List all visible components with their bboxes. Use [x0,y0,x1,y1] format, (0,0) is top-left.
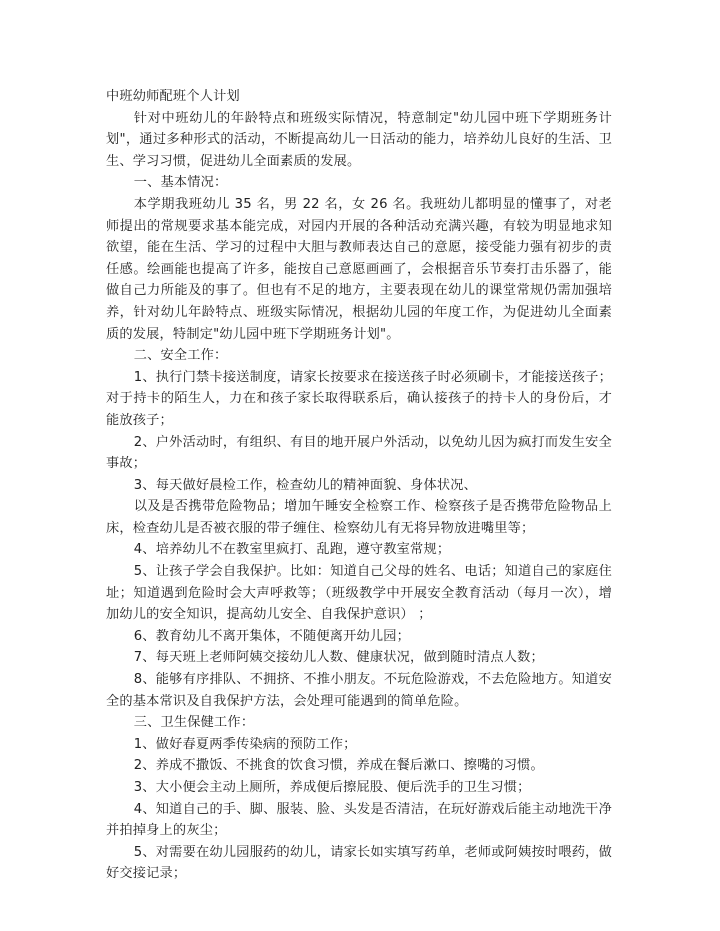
section-heading-basic: 一、基本情况： [106,172,612,194]
safety-item: 3、每天做好晨检工作，检查幼儿的精神面貌、身体状况、 [106,475,612,497]
basic-paragraph: 本学期我班幼儿 35 名，男 22 名，女 26 名。我班幼儿都明显的懂事了，对… [106,194,612,345]
section-heading-safety: 二、安全工作： [106,345,612,367]
hygiene-item: 5、对需要在幼儿园服药的幼儿，请家长如实填写药单，老师或阿姨按时喂药，做好交接记… [106,842,612,885]
safety-item: 8、能够有序排队、不拥挤、不推小朋友。不玩危险游戏，不去危险地方。知道安全的基本… [106,669,612,712]
safety-item: 5、让孩子学会自我保护。比如：知道自己父母的姓名、电话；知道自己的家庭住址；知道… [106,561,612,626]
hygiene-item: 4、知道自己的手、脚、服装、脸、头发是否清洁，在玩好游戏后能主动地洗干净并拍掉身… [106,799,612,842]
intro-paragraph: 针对中班幼儿的年龄特点和班级实际情况，特意制定"幼儿园中班下学期班务计划"，通过… [106,108,612,173]
safety-item: 7、每天班上老师阿姨交接幼儿人数、健康状况，做到随时清点人数； [106,647,612,669]
document-title: 中班幼师配班个人计划 [106,86,612,108]
section-heading-hygiene: 三、卫生保健工作： [106,712,612,734]
document-page: 中班幼师配班个人计划 针对中班幼儿的年龄特点和班级实际情况，特意制定"幼儿园中班… [106,86,612,885]
hygiene-item: 1、做好春夏两季传染病的预防工作； [106,734,612,756]
safety-item: 2、户外活动时，有组织、有目的地开展户外活动，以免幼儿因为疯打而发生安全事故； [106,432,612,475]
hygiene-item: 3、大小便会主动上厕所，养成便后擦屁股、便后洗手的卫生习惯； [106,777,612,799]
hygiene-item: 2、养成不撒饭、不挑食的饮食习惯，养成在餐后漱口、擦嘴的习惯。 [106,755,612,777]
safety-item: 1、执行门禁卡接送制度，请家长按要求在接送孩子时必须刷卡，才能接送孩子；对于持卡… [106,367,612,432]
safety-item: 以及是否携带危险物品；增加午睡安全检察工作、检察孩子是否携带危险物品上床，检查幼… [106,496,612,539]
safety-item: 4、培养幼儿不在教室里疯打、乱跑，遵守教室常规； [106,539,612,561]
safety-item: 6、教育幼儿不离开集体，不随便离开幼儿园； [106,626,612,648]
